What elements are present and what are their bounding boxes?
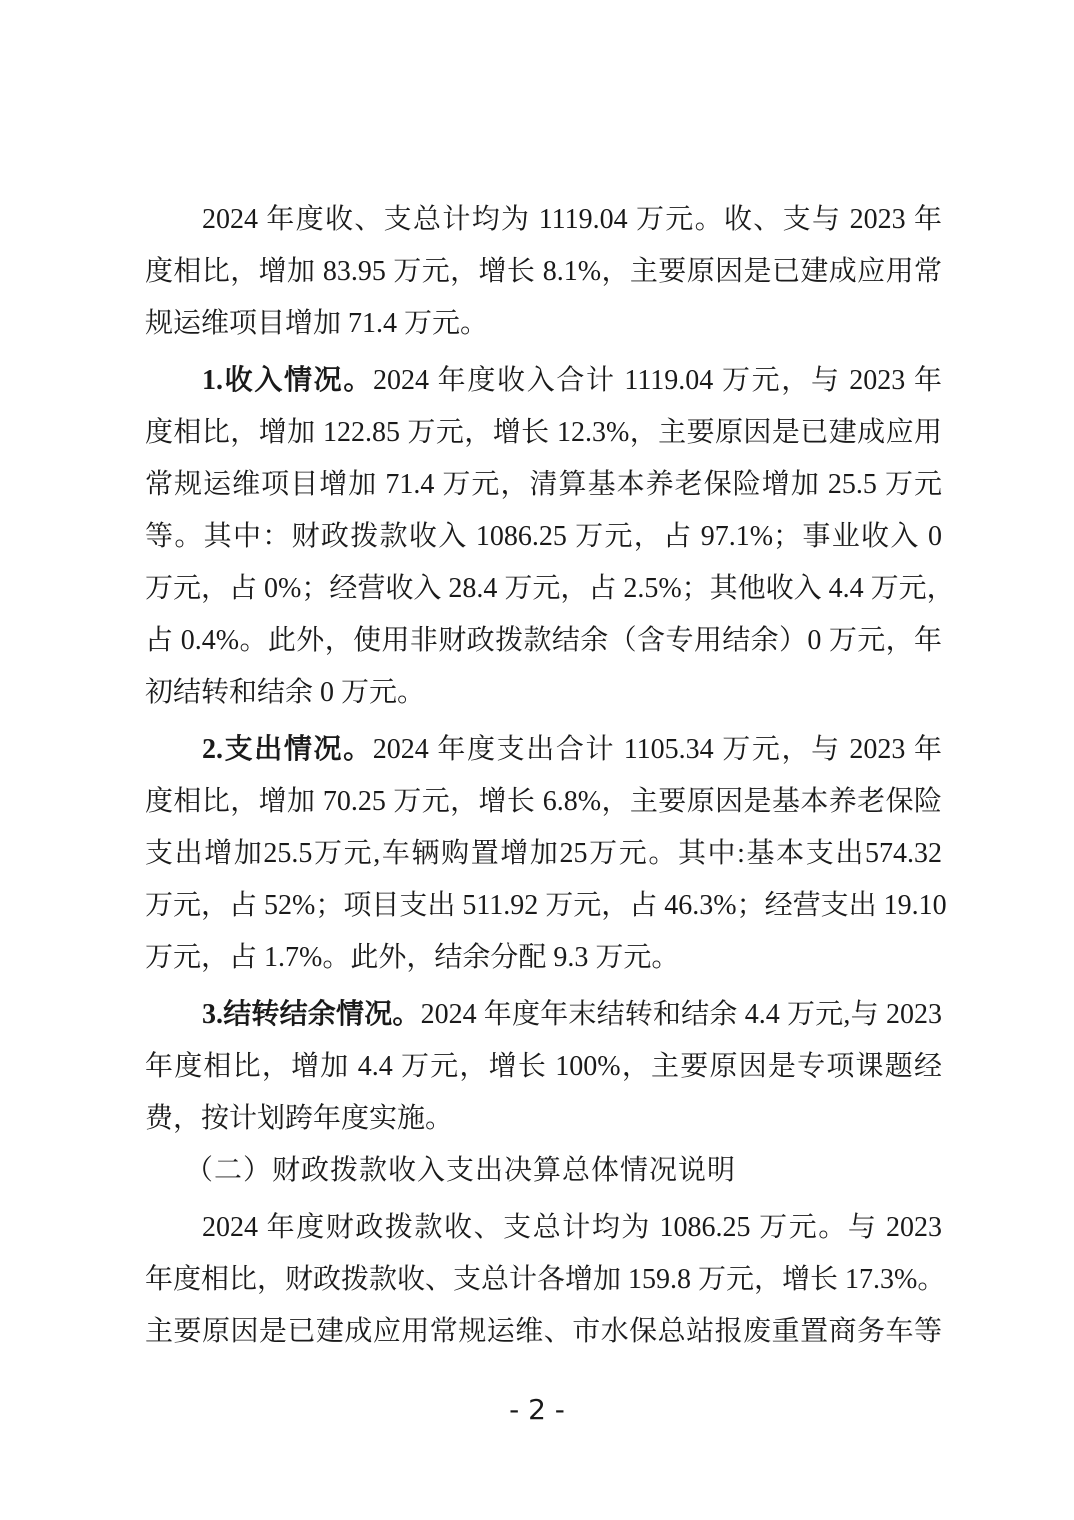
paragraph-income-line-1: 1.收入情况。2024 年度收入合计 1119.04 万元，与 2023 年 <box>145 361 942 401</box>
paragraph-income-line-4: 等。其中：财政拨款收入 1086.25 万元，占 97.1%；事业收入 0 <box>145 517 942 557</box>
paragraph-income-line-5: 万元，占 0%；经营收入 28.4 万元，占 2.5%；其他收入 4.4 万元， <box>145 569 942 609</box>
paragraph-income-line-2: 度相比，增加 122.85 万元，增长 12.3%，主要原因是已建成应用 <box>145 413 942 453</box>
document-page: 2024 年度收、支总计均为 1119.04 万元。收、支与 2023 年 度相… <box>0 0 1074 1520</box>
paragraph-carryover-line-3: 费，按计划跨年度实施。 <box>145 1099 942 1139</box>
carryover-heading: 3.结转结余情况。 <box>202 999 421 1030</box>
paragraph-summary-line-1: 2024 年度收、支总计均为 1119.04 万元。收、支与 2023 年 <box>145 200 942 240</box>
carryover-line-1-text: 2024 年度年末结转和结余 4.4 万元,与 2023 <box>421 999 942 1030</box>
paragraph-fiscal-line-3: 主要原因是已建成应用常规运维、市水保总站报废重置商务车等 <box>145 1312 942 1352</box>
paragraph-fiscal-line-1: 2024 年度财政拨款收、支总计均为 1086.25 万元。与 2023 <box>145 1208 942 1248</box>
paragraph-expenditure-line-5: 万元，占 1.7%。此外，结余分配 9.3 万元。 <box>145 938 942 978</box>
paragraph-carryover-line-2: 年度相比，增加 4.4 万元，增长 100%，主要原因是专项课题经 <box>145 1047 942 1087</box>
page-number: - 2 - <box>0 1390 1074 1430</box>
paragraph-carryover-line-1: 3.结转结余情况。2024 年度年末结转和结余 4.4 万元,与 2023 <box>145 995 942 1035</box>
section-subheading: （二）财政拨款收入支出决算总体情况说明 <box>145 1151 942 1191</box>
expenditure-line-1-text: 2024 年度支出合计 1105.34 万元，与 2023 年 <box>373 734 942 765</box>
paragraph-expenditure-line-2: 度相比，增加 70.25 万元，增长 6.8%，主要原因是基本养老保险 <box>145 782 942 822</box>
income-line-1-text: 2024 年度收入合计 1119.04 万元，与 2023 年 <box>373 365 942 396</box>
paragraph-income-line-3: 常规运维项目增加 71.4 万元，清算基本养老保险增加 25.5 万元 <box>145 465 942 505</box>
paragraph-fiscal-line-2: 年度相比，财政拨款收、支总计各增加 159.8 万元，增长 17.3%。 <box>145 1260 942 1300</box>
paragraph-expenditure-line-1: 2.支出情况。2024 年度支出合计 1105.34 万元，与 2023 年 <box>145 730 942 770</box>
expenditure-heading: 2.支出情况。 <box>202 734 373 765</box>
paragraph-summary-line-2: 度相比，增加 83.95 万元，增长 8.1%，主要原因是已建成应用常 <box>145 252 942 292</box>
income-heading: 1.收入情况。 <box>202 365 373 396</box>
paragraph-income-line-6: 占 0.4%。此外，使用非财政拨款结余（含专用结余）0 万元，年 <box>145 621 942 661</box>
paragraph-income-line-7: 初结转和结余 0 万元。 <box>145 673 942 713</box>
paragraph-summary-line-3: 规运维项目增加 71.4 万元。 <box>145 304 942 344</box>
paragraph-expenditure-line-3: 支出增加25.5万元,车辆购置增加25万元。其中:基本支出574.32 <box>145 834 942 874</box>
paragraph-expenditure-line-4: 万元，占 52%；项目支出 511.92 万元，占 46.3%；经营支出 19.… <box>145 886 942 926</box>
